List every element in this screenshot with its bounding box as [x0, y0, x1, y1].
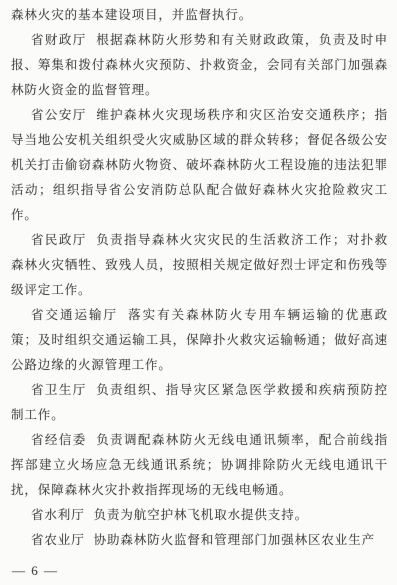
department-name: 省经信委	[31, 433, 87, 447]
paragraph: 省财政厅根据森林防火形势和有关财政政策，负责及时申报、筹集和拨付森林火灾预防、扑…	[11, 28, 388, 103]
paragraph: 省卫生厅负责组织、指导灾区紧急医学救援和疾病预防控制工作。	[11, 378, 388, 428]
paragraph-text: 协助森林防火监督和管理部门加强林区农业生产	[94, 533, 375, 547]
paragraph: 省民政厅负责指导森林火灾灾民的生活救济工作；对扑救森林火灾牺牲、致残人员，按照相…	[11, 228, 388, 303]
paragraph-text: 维护森林火灾现场秩序和灾区治安交通秩序；指导当地公安机关组织受火灾威胁区域的群众…	[11, 108, 388, 222]
department-name: 省水利厅	[31, 508, 85, 522]
paragraph-text: 负责为航空护林飞机取水提供支持。	[94, 508, 308, 522]
document-page: 森林火灾的基本建设项目，并监督执行。省财政厅根据森林防火形势和有关财政政策，负责…	[0, 0, 397, 585]
paragraph: 省经信委负责调配森林防火无线电通讯频率，配合前线指挥部建立火场应急无线通讯系统；…	[11, 428, 388, 503]
document-body: 森林火灾的基本建设项目，并监督执行。省财政厅根据森林防火形势和有关财政政策，负责…	[0, 0, 397, 553]
department-name: 省卫生厅	[31, 383, 87, 397]
paragraph: 省公安厅维护森林火灾现场秩序和灾区治安交通秩序；指导当地公安机关组织受火灾威胁区…	[11, 103, 388, 228]
department-name: 省财政厅	[31, 33, 87, 47]
paragraph: 省水利厅负责为航空护林飞机取水提供支持。	[11, 503, 388, 528]
department-name: 省农业厅	[31, 533, 85, 547]
paragraph: 森林火灾的基本建设项目，并监督执行。	[11, 3, 388, 28]
paragraph: 省交通运输厅落实有关森林防火专用车辆运输的优惠政策；及时组织交通运输工具，保障扑…	[11, 303, 388, 378]
department-name: 省交通运输厅	[31, 308, 118, 322]
department-name: 省公安厅	[31, 108, 87, 122]
paragraph: 省农业厅协助森林防火监督和管理部门加强林区农业生产	[11, 528, 388, 553]
page-number: — 6 —	[12, 563, 59, 579]
department-name: 省民政厅	[31, 233, 87, 247]
paragraph-text: 森林火灾的基本建设项目，并监督执行。	[11, 8, 252, 22]
